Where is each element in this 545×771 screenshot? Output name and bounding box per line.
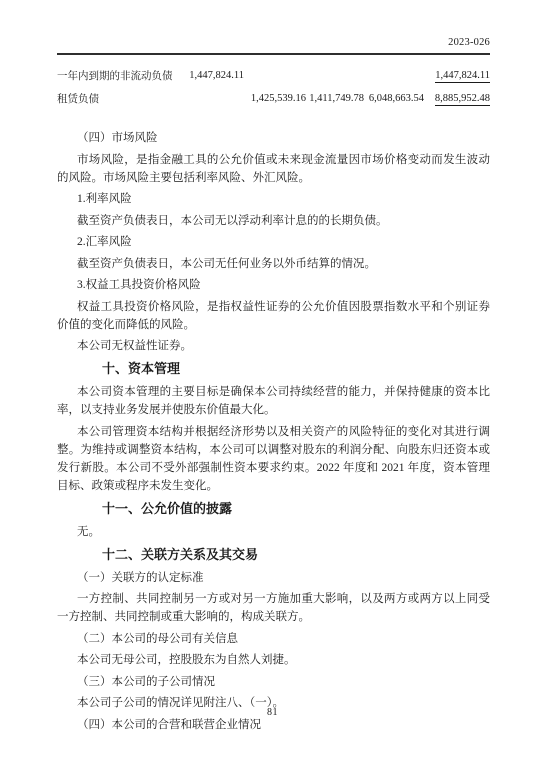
cell-value	[364, 64, 424, 87]
cell-total: 1,447,824.11	[424, 64, 490, 87]
row-label: 租赁负债	[57, 87, 187, 110]
body-paragraph: 权益工具投资价格风险，是指权益性证券的公允价值因股票指数水平和个别证券价值的变化…	[57, 298, 490, 334]
cell-value: 1,411,749.78	[306, 87, 364, 110]
body-paragraph: 本公司资本管理的主要目标是确保本公司持续经营的能力，并保持健康的资本比率，以支持…	[57, 383, 490, 419]
cell-value	[306, 64, 364, 87]
chapter-heading-capital-management: 十、资本管理	[102, 359, 490, 378]
body-paragraph: 无。	[57, 523, 490, 541]
body-paragraph: 市场风险，是指金融工具的公允价值或未来现金流量因市场价格变动而发生波动的风险。市…	[57, 151, 490, 187]
cell-total: 8,885,952.48	[424, 87, 490, 110]
cell-value: 6,048,663.54	[364, 87, 424, 110]
body-paragraph: 截至资产负债表日，本公司无以浮动利率计息的的长期负债。	[57, 212, 490, 230]
section-subitem-subsidiaries: （三）本公司的子公司情况	[57, 673, 490, 691]
chapter-heading-related-parties: 十二、关联方关系及其交易	[102, 545, 490, 564]
cell-value: 1,447,824.11	[187, 64, 244, 87]
body-paragraph: 一方控制、共同控制另一方或对另一方施加重大影响，以及两方或两方以上同受一方控制、…	[57, 590, 490, 626]
row-label: 一年内到期的非流动负债	[57, 64, 187, 87]
cell-value	[187, 87, 244, 110]
financial-table: 一年内到期的非流动负债 1,447,824.11 1,447,824.11 租赁…	[57, 64, 490, 110]
document-body: （四）市场风险 市场风险，是指金融工具的公允价值或未来现金流量因市场价格变动而发…	[57, 129, 490, 734]
section-subitem-related-party-criteria: （一）关联方的认定标准	[57, 569, 490, 587]
chapter-heading-fair-value-disclosure: 十一、公允价值的披露	[102, 499, 490, 518]
doc-number: 2023-026	[448, 35, 490, 53]
numbered-item-equity-price-risk: 3.权益工具投资价格风险	[57, 276, 490, 294]
cell-value	[244, 64, 306, 87]
cell-value: 1,425,539.16	[244, 87, 306, 110]
section-subitem-market-risk: （四）市场风险	[57, 129, 490, 147]
body-paragraph: 本公司无母公司，控股股东为自然人刘捷。	[57, 651, 490, 669]
page-number: 81	[267, 707, 278, 718]
table-row-lease-liabilities: 租赁负债 1,425,539.16 1,411,749.78 6,048,663…	[57, 87, 490, 110]
body-paragraph: 本公司无权益性证券。	[57, 337, 490, 355]
numbered-item-exchange-rate-risk: 2.汇率风险	[57, 233, 490, 251]
page-footer: 81	[0, 702, 545, 720]
underlined-total: 8,885,952.48	[435, 93, 490, 106]
page-header: 2023-026	[57, 0, 490, 55]
body-paragraph: 本公司管理资本结构并根据经济形势以及相关资产的风险特征的变化对其进行调整。为维持…	[57, 423, 490, 495]
table-row-noncurrent-liabilities-due-within-one-year: 一年内到期的非流动负债 1,447,824.11 1,447,824.11	[57, 64, 490, 87]
underlined-total: 1,447,824.11	[435, 70, 490, 83]
numbered-item-interest-rate-risk: 1.利率风险	[57, 190, 490, 208]
document-page: 2023-026 一年内到期的非流动负债 1,447,824.11 1,447,…	[0, 0, 545, 771]
section-subitem-parent-company-info: （二）本公司的母公司有关信息	[57, 630, 490, 648]
body-paragraph: 截至资产负债表日，本公司无任何业务以外币结算的情况。	[57, 255, 490, 273]
